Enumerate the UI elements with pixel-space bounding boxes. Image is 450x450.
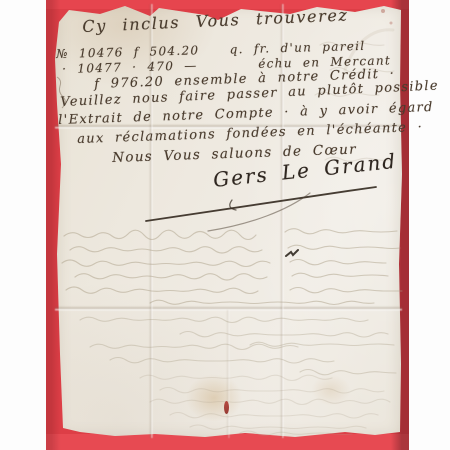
wax-seal-dot	[224, 401, 229, 414]
paper-specks	[381, 9, 393, 25]
signature-underline	[146, 187, 376, 221]
letter-photo: Cy inclus Vous trouverez № 10476 f 504.2…	[0, 0, 450, 450]
ghost-line-set-medium	[80, 317, 396, 375]
signature-flourish	[146, 187, 376, 231]
speck	[390, 22, 393, 25]
ink-mark	[286, 250, 298, 256]
ghost-line-set-strong	[62, 229, 402, 305]
speck	[381, 9, 385, 13]
